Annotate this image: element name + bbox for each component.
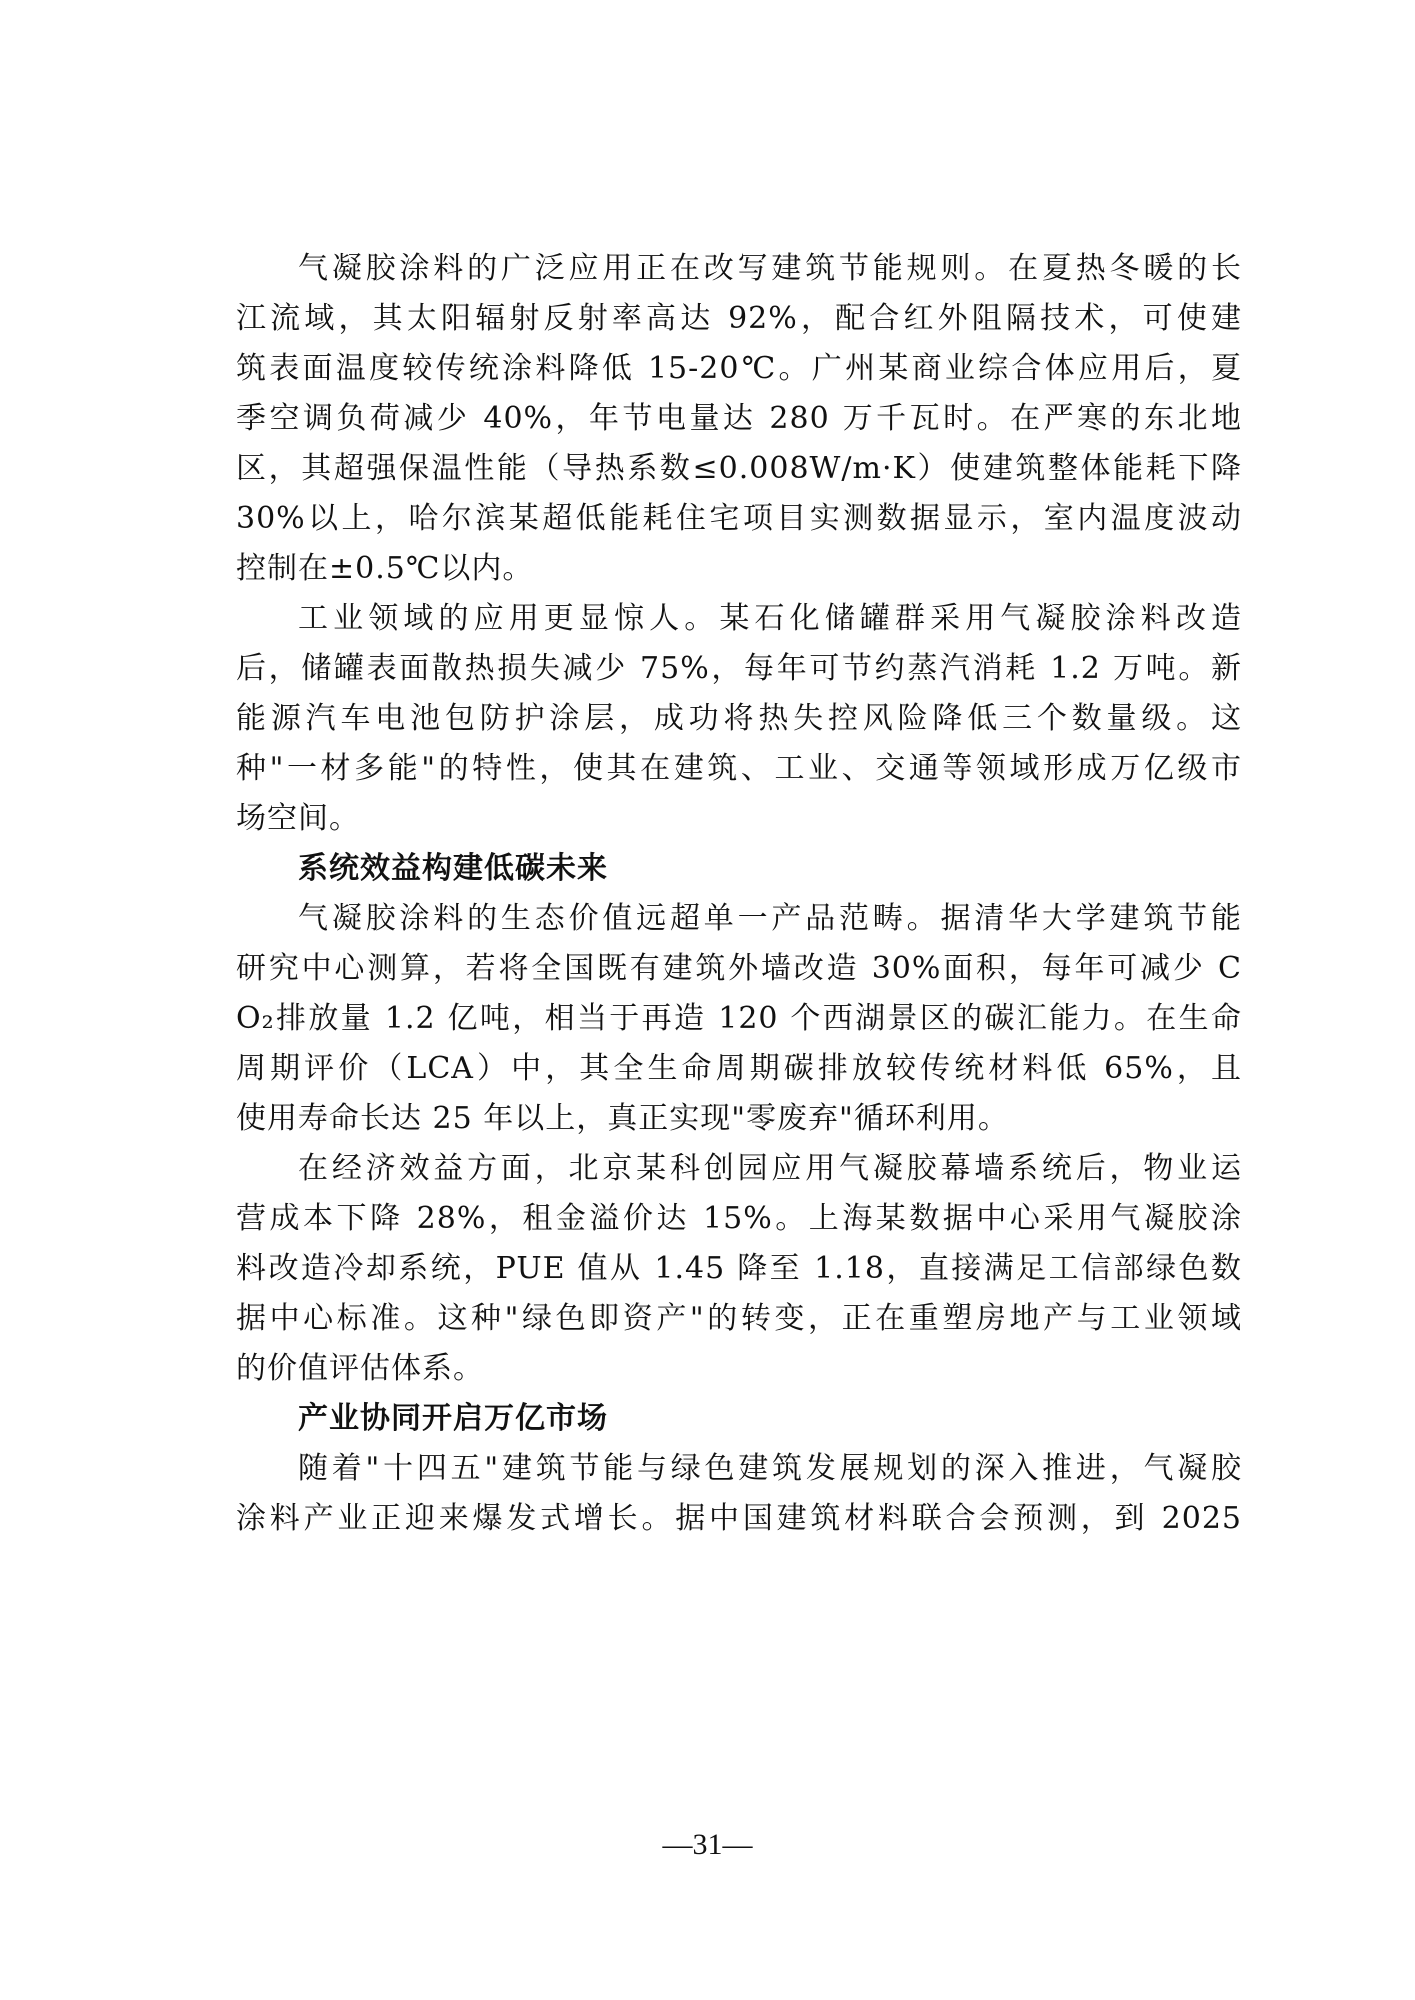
text-line: 的价值评估体系。 [236,1344,1242,1394]
text-line: 种"一材多能"的特性，使其在建筑、工业、交通等领域形成万亿级市 [236,744,1242,794]
text-line: O₂排放量 1.2 亿吨，相当于再造 120 个西湖景区的碳汇能力。在生命 [236,994,1242,1044]
text-line: 季空调负荷减少 40%，年节电量达 280 万千瓦时。在严寒的东北地 [236,394,1242,444]
page-number: —31— [0,1828,1415,1862]
text-line: 涂料产业正迎来爆发式增长。据中国建筑材料联合会预测，到 2025 [236,1494,1242,1544]
text-line: 筑表面温度较传统涂料降低 15-20℃。广州某商业综合体应用后，夏 [236,344,1242,394]
section-heading-industry-market: 产业协同开启万亿市场 [236,1394,1242,1444]
paragraph-economic-benefit: 在经济效益方面，北京某科创园应用气凝胶幕墙系统后，物业运 营成本下降 28%，租… [236,1144,1242,1394]
text-line: 江流域，其太阳辐射反射率高达 92%，配合红外阻隔技术，可使建 [236,294,1242,344]
paragraph-industrial: 工业领域的应用更显惊人。某石化储罐群采用气凝胶涂料改造 后，储罐表面散热损失减少… [236,594,1242,844]
text-line: 使用寿命长达 25 年以上，真正实现"零废弃"循环利用。 [236,1094,1242,1144]
text-line: 在经济效益方面，北京某科创园应用气凝胶幕墙系统后，物业运 [236,1144,1242,1194]
section-heading-low-carbon: 系统效益构建低碳未来 [236,844,1242,894]
text-line: 据中心标准。这种"绿色即资产"的转变，正在重塑房地产与工业领域 [236,1294,1242,1344]
paragraph-ecological-value: 气凝胶涂料的生态价值远超单一产品范畴。据清华大学建筑节能 研究中心测算，若将全国… [236,894,1242,1144]
text-line: 营成本下降 28%，租金溢价达 15%。上海某数据中心采用气凝胶涂 [236,1194,1242,1244]
text-line: 工业领域的应用更显惊人。某石化储罐群采用气凝胶涂料改造 [236,594,1242,644]
text-line: 能源汽车电池包防护涂层，成功将热失控风险降低三个数量级。这 [236,694,1242,744]
text-line: 30%以上，哈尔滨某超低能耗住宅项目实测数据显示，室内温度波动 [236,494,1242,544]
text-line: 区，其超强保温性能（导热系数≤0.008W/m·K）使建筑整体能耗下降 [236,444,1242,494]
text-line: 场空间。 [236,794,1242,844]
text-line: 研究中心测算，若将全国既有建筑外墙改造 30%面积，每年可减少 C [236,944,1242,994]
document-page: 气凝胶涂料的广泛应用正在改写建筑节能规则。在夏热冬暖的长 江流域，其太阳辐射反射… [236,244,1242,1544]
text-line: 气凝胶涂料的生态价值远超单一产品范畴。据清华大学建筑节能 [236,894,1242,944]
paragraph-building-energy: 气凝胶涂料的广泛应用正在改写建筑节能规则。在夏热冬暖的长 江流域，其太阳辐射反射… [236,244,1242,594]
paragraph-industry-growth: 随着"十四五"建筑节能与绿色建筑发展规划的深入推进，气凝胶 涂料产业正迎来爆发式… [236,1444,1242,1544]
text-line: 气凝胶涂料的广泛应用正在改写建筑节能规则。在夏热冬暖的长 [236,244,1242,294]
text-line: 周期评价（LCA）中，其全生命周期碳排放较传统材料低 65%，且 [236,1044,1242,1094]
text-line: 随着"十四五"建筑节能与绿色建筑发展规划的深入推进，气凝胶 [236,1444,1242,1494]
text-line: 料改造冷却系统，PUE 值从 1.45 降至 1.18，直接满足工信部绿色数 [236,1244,1242,1294]
text-line: 后，储罐表面散热损失减少 75%，每年可节约蒸汽消耗 1.2 万吨。新 [236,644,1242,694]
text-line: 控制在±0.5℃以内。 [236,544,1242,594]
